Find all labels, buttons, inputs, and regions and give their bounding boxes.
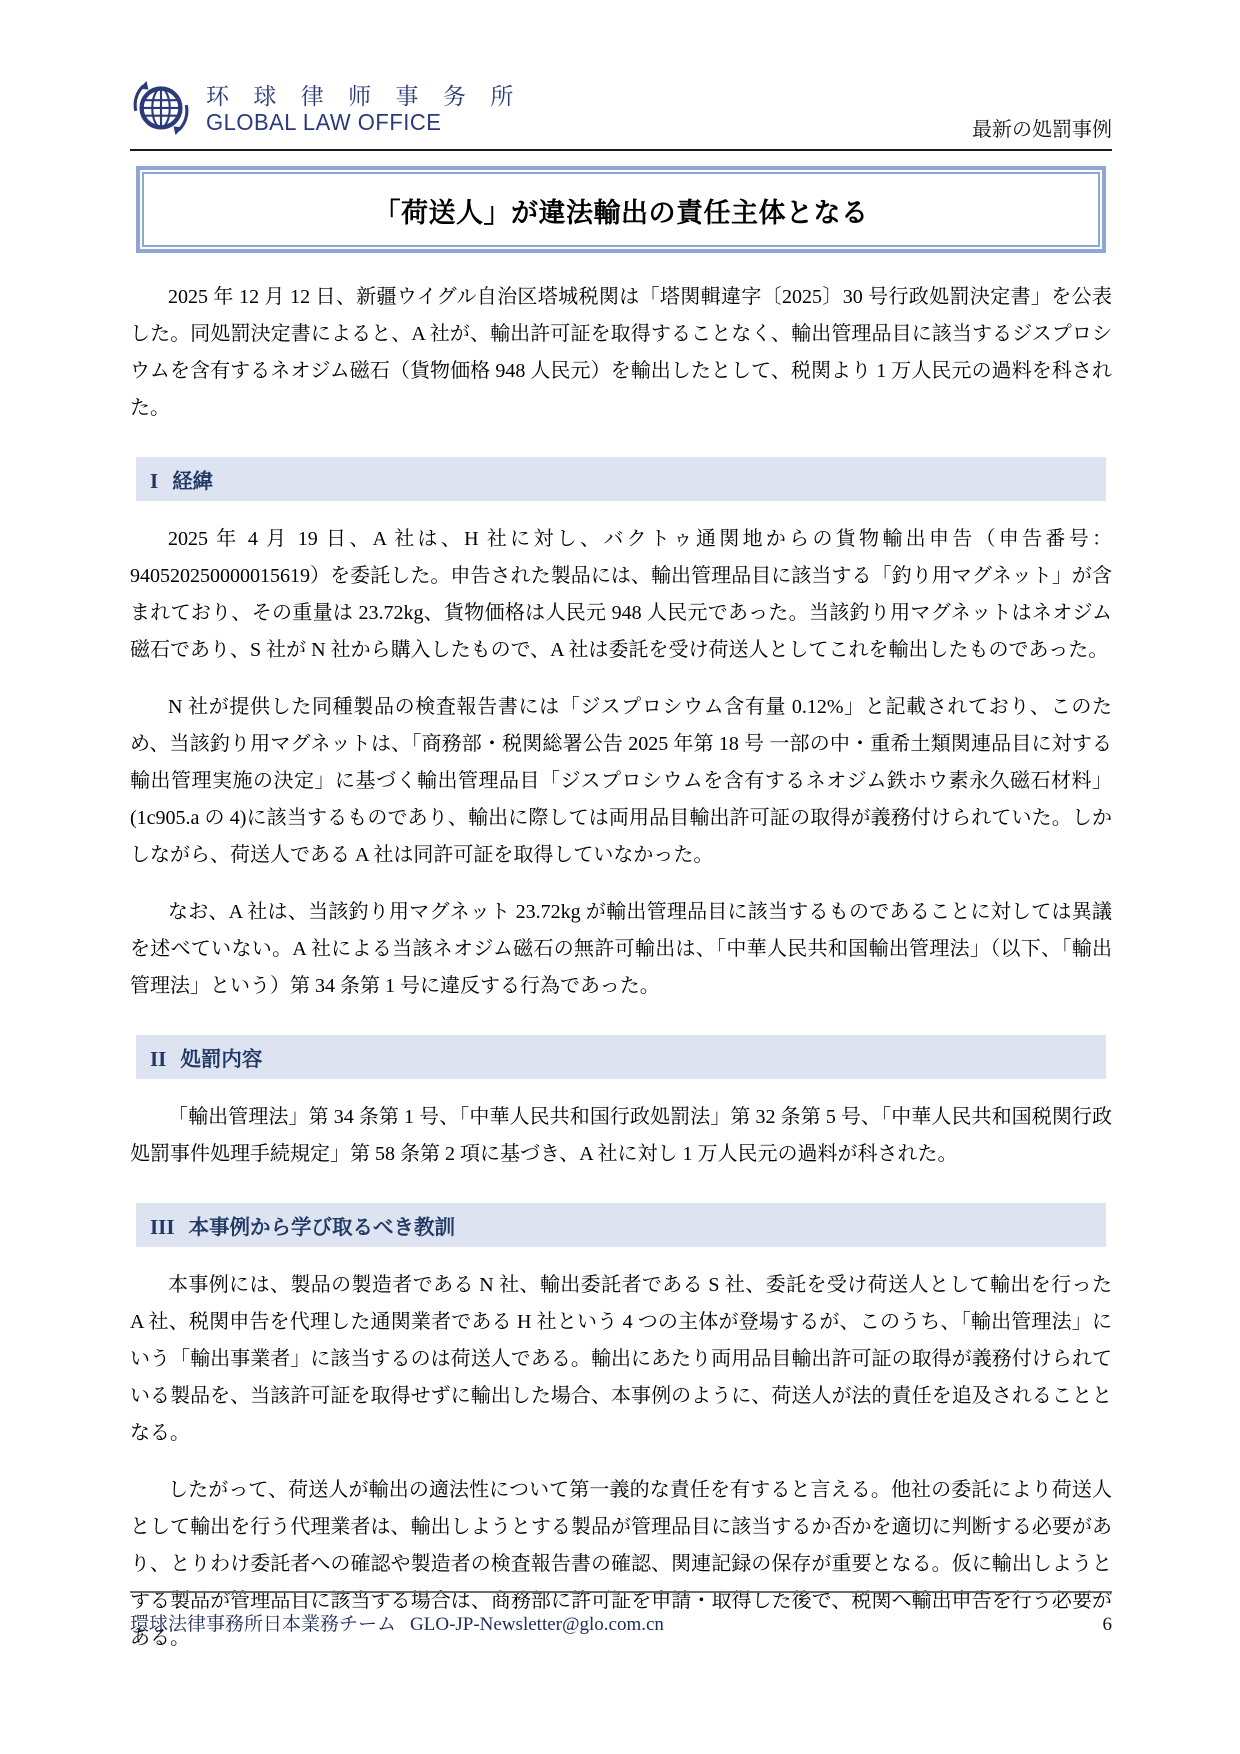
section-heading-2: II処罰内容 — [136, 1035, 1106, 1079]
page-footer: 環球法律事務所日本業務チーム GLO-JP-Newsletter@glo.com… — [130, 1591, 1112, 1636]
intro-paragraph: 2025 年 12 月 12 日、新疆ウイグル自治区塔城税関は「塔関輯違字〔20… — [130, 279, 1112, 427]
footer-divider — [130, 1591, 1112, 1593]
section-numeral-1: I — [150, 469, 158, 493]
section-heading-3: III本事例から学び取るべき教訓 — [136, 1203, 1106, 1247]
section2-paragraph-1: 「輸出管理法」第 34 条第 1 号、「中華人民共和国行政処罰法」第 32 条第… — [130, 1099, 1112, 1173]
page-number: 6 — [1103, 1614, 1113, 1636]
footer-team-name: 環球法律事務所日本業務チーム — [130, 1609, 396, 1636]
article-title-box: 「荷送人」が違法輸出の責任主体となる — [136, 166, 1106, 253]
section1-paragraph-3: なお、A 社は、当該釣り用マグネット 23.72kg が輸出管理品目に該当するも… — [130, 894, 1112, 1005]
globe-logo-icon — [130, 76, 192, 143]
article-title: 「荷送人」が違法輸出の責任主体となる — [154, 191, 1088, 230]
header-category-label: 最新の処罰事例 — [972, 113, 1112, 143]
footer-email: GLO-JP-Newsletter@glo.com.cn — [410, 1614, 664, 1636]
firm-logo-text: 环 球 律 师 事 务 所 GLOBAL LAW OFFICE — [206, 84, 522, 134]
section-title-1: 経緯 — [172, 470, 213, 493]
page-header: 环 球 律 师 事 务 所 GLOBAL LAW OFFICE 最新の処罰事例 — [130, 76, 1112, 143]
section3-paragraph-1: 本事例には、製品の製造者である N 社、輸出委託者である S 社、委託を受け荷送… — [130, 1267, 1112, 1452]
newsletter-page: 环 球 律 师 事 务 所 GLOBAL LAW OFFICE 最新の処罰事例 … — [0, 0, 1240, 1754]
section-title-3: 本事例から学び取るべき教訓 — [189, 1216, 456, 1239]
firm-name-english: GLOBAL LAW OFFICE — [206, 110, 522, 136]
section1-paragraph-1: 2025 年 4 月 19 日、A 社は、H 社に対し、バクトゥ通関地からの貨物… — [130, 521, 1112, 669]
section1-paragraph-2: N 社が提供した同種製品の検査報告書には「ジスプロシウム含有量 0.12%」と記… — [130, 689, 1112, 874]
section-title-2: 処罰内容 — [180, 1048, 262, 1071]
section-numeral-3: III — [150, 1215, 175, 1239]
firm-logo: 环 球 律 师 事 务 所 GLOBAL LAW OFFICE — [130, 76, 522, 143]
section-numeral-2: II — [150, 1047, 166, 1071]
firm-name-chinese: 环 球 律 师 事 务 所 — [206, 84, 522, 110]
section-heading-1: I経緯 — [136, 457, 1106, 501]
header-divider — [130, 149, 1112, 151]
